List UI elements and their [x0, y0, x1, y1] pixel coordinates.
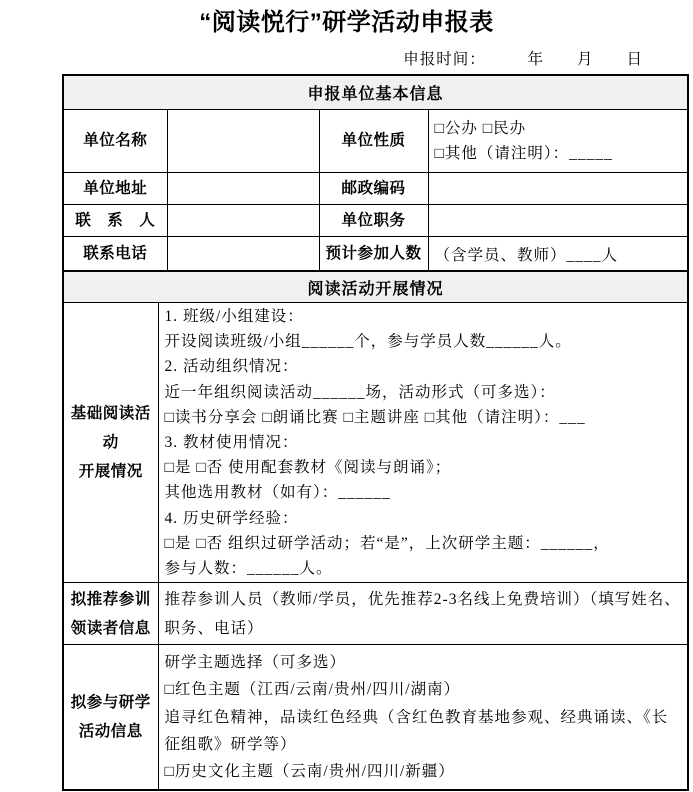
form-line: □红色主题（江西/云南/贵州/四川/湖南） [165, 676, 685, 703]
unit-type-options: □公办 □民办 □其他（请注明）：_____ [428, 110, 688, 173]
basic-reading-label-line: 开展情况 [64, 457, 158, 486]
unit-address-value [167, 173, 319, 205]
unit-type-label: 单位性质 [319, 110, 428, 173]
study-activity-label-line: 活动信息 [64, 717, 158, 746]
table-row: 单位名称 单位性质 □公办 □民办 □其他（请注明）：_____ [63, 110, 688, 173]
section-header-activity: 阅读活动开展情况 [63, 271, 688, 303]
form-line: 3. 教材使用情况： [165, 430, 685, 455]
basic-reading-content: 1. 班级/小组建设： 开设阅读班级/小组______个，参与学员人数_____… [158, 303, 688, 583]
form-line: 近一年组织阅读活动______场，活动形式（可多选）： [165, 380, 685, 405]
form-line: 参与人数：______人。 [165, 556, 685, 581]
form-line: 2. 活动组织情况： [165, 354, 685, 379]
form-line: 其他选用教材（如有）：______ [165, 480, 685, 505]
form-line: □是 □否 使用配套教材《阅读与朗诵》； [165, 455, 685, 480]
form-line: 研学主题选择（可多选） [165, 649, 685, 676]
report-date-line: 申报时间： 年 月 日 [0, 47, 643, 69]
study-activity-content: 研学主题选择（可多选） □红色主题（江西/云南/贵州/四川/湖南） 追寻红色精神… [158, 645, 688, 791]
basic-reading-label: 基础阅读活动 开展情况 [63, 303, 158, 583]
table-row: 联系电话 预计参加人数 （含学员、教师）____人 [63, 237, 688, 272]
page-title: “阅读悦行”研学活动申报表 [0, 2, 693, 37]
recommend-label-line: 领读者信息 [64, 614, 158, 643]
form-line: 1. 班级/小组建设： [165, 304, 685, 329]
form-line: □历史文化主题（云南/贵州/四川/新疆） [165, 758, 685, 785]
postal-code-value [428, 173, 688, 205]
table-row: 单位地址 邮政编码 [63, 173, 688, 205]
table-row: 拟参与研学 活动信息 研学主题选择（可多选） □红色主题（江西/云南/贵州/四川… [63, 645, 688, 791]
contact-phone-value [167, 237, 319, 272]
unit-position-value [428, 205, 688, 237]
contact-phone-label: 联系电话 [63, 237, 167, 272]
recommend-label: 拟推荐参训 领读者信息 [63, 583, 158, 645]
basic-reading-label-line: 基础阅读活动 [64, 399, 158, 457]
unit-name-label: 单位名称 [63, 110, 167, 173]
study-activity-label-line: 拟参与研学 [64, 688, 158, 717]
table-row: 联 系 人 单位职务 [63, 205, 688, 237]
form-line: 推荐参训人员（教师/学员，优先推荐2-3名线上免费培训）（填写姓名、职务、电话） [165, 585, 685, 643]
postal-code-label: 邮政编码 [319, 173, 428, 205]
unit-name-value [167, 110, 319, 173]
form-line: 追寻红色精神，品读红色经典（含红色教育基地参观、经典诵读、《长征组歌》研学等） [165, 704, 685, 758]
contact-person-label: 联 系 人 [63, 205, 167, 237]
contact-person-value [167, 205, 319, 237]
activity-table: 阅读活动开展情况 基础阅读活动 开展情况 1. 班级/小组建设： 开设阅读班级/… [62, 270, 689, 791]
unit-position-label: 单位职务 [319, 205, 428, 237]
table-row: 阅读活动开展情况 [63, 271, 688, 303]
table-row: 拟推荐参训 领读者信息 推荐参训人员（教师/学员，优先推荐2-3名线上免费培训）… [63, 583, 688, 645]
form-line: □读书分享会 □朗诵比赛 □主题讲座 □其他（请注明）：___ [165, 405, 685, 430]
participant-count-label: 预计参加人数 [319, 237, 428, 272]
table-row: 申报单位基本信息 [63, 75, 688, 110]
participant-count-value: （含学员、教师）____人 [428, 237, 688, 272]
form-line: □是 □否 组织过研学活动；若“是”，上次研学主题：______， [165, 531, 685, 556]
unit-address-label: 单位地址 [63, 173, 167, 205]
study-activity-label: 拟参与研学 活动信息 [63, 645, 158, 791]
section-header-basic-info: 申报单位基本信息 [63, 75, 688, 110]
form-line: 开设阅读班级/小组______个，参与学员人数______人。 [165, 329, 685, 354]
unit-type-option-line: □其他（请注明）：_____ [435, 141, 685, 166]
recommend-label-line: 拟推荐参训 [64, 585, 158, 614]
form-line: 4. 历史研学经验： [165, 506, 685, 531]
unit-type-option-line: □公办 □民办 [435, 116, 685, 141]
document-page: “阅读悦行”研学活动申报表 申报时间： 年 月 日 申报单位基本信息 单位名称 … [0, 0, 693, 792]
basic-info-table: 申报单位基本信息 单位名称 单位性质 □公办 □民办 □其他（请注明）：____… [62, 74, 689, 272]
recommend-content: 推荐参训人员（教师/学员，优先推荐2-3名线上免费培训）（填写姓名、职务、电话） [158, 583, 688, 645]
table-row: 基础阅读活动 开展情况 1. 班级/小组建设： 开设阅读班级/小组______个… [63, 303, 688, 583]
